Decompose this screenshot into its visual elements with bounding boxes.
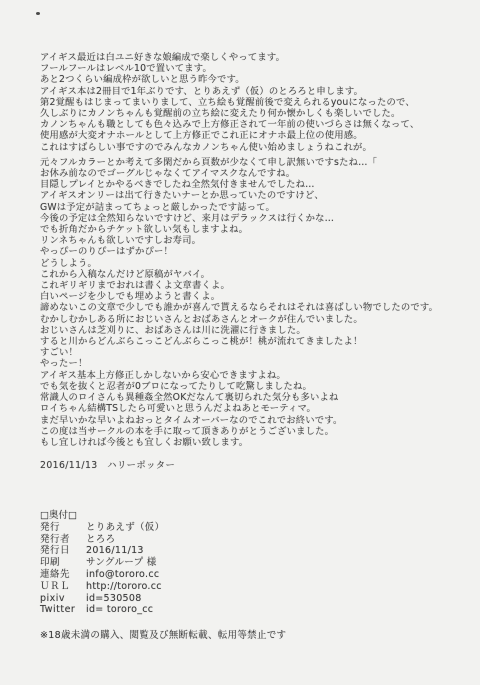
colophon-label: pixiv <box>40 593 86 605</box>
afterword-text-line: やっぴーのりぴーはずかぴー！ <box>40 246 472 257</box>
afterword-text-line: 常識人のロイさんも異種姦全然OKだなんて裏切られた気分も多いよね <box>40 392 472 403</box>
colophon-value: id=530508 <box>86 593 142 604</box>
afterword-text-line: これから入稿なんだけど原稿がヤバイ。 <box>40 269 472 280</box>
colophon-value: とろろ <box>86 534 115 545</box>
afterword-text-line: アイギス本は2冊目で1年ぶりです、とりあえず（仮）のとろろと申します。 <box>40 86 472 97</box>
age-restriction-notice: ※18歳未満の購入、閲覧及び無断転載、転用等禁止です <box>40 627 472 641</box>
colophon-row: Twitterid= tororo_cc <box>40 604 472 616</box>
colophon-value: とりあえず（仮） <box>86 522 164 533</box>
colophon-value: サングループ 様 <box>86 557 157 568</box>
colophon-row: ＵＲＬhttp://tororo.cc <box>40 581 472 593</box>
scanned-afterword-page: アイギス最近は白ユニ好きな娘編成で楽しくやってます。フールフールはレベル10で置… <box>0 0 480 685</box>
afterword-text-line: 目隠しプレイとかやるべきでしたね全然気付きませんでしたね… <box>40 179 472 190</box>
afterword-paragraph-2: 元々フルカラーとか考えて多閑だから頁数が少なくて申し訳無いですsたね…「お休み前… <box>40 157 472 448</box>
colophon-value: id= tororo_cc <box>86 604 153 615</box>
afterword-text-line: ロイちゃん結構TSしたら可愛いと思うんだよねあとモーティマ。 <box>40 403 472 414</box>
colophon-rows: 発行とりあえず（仮）発行者とろろ発行日2016/11/13印刷サングループ 様連… <box>40 522 472 616</box>
afterword-text-line: アイギス基本上方修正しかしないから安心できますよね。 <box>40 370 472 381</box>
afterword-text-line: すると川からどんぶらこっこどんぶらこっこ桃が！桃が流れてきましたよ！ <box>40 336 472 347</box>
afterword-text-line: アイギス最近は白ユニ好きな娘編成で楽しくやってます。 <box>40 52 472 63</box>
colophon-label: Twitter <box>40 604 86 616</box>
colophon-row: 印刷サングループ 様 <box>40 557 472 569</box>
afterword-text-line: 元々フルカラーとか考えて多閑だから頁数が少なくて申し訳無いですsたね…「 <box>40 157 472 168</box>
colophon-value: http://tororo.cc <box>86 581 162 592</box>
afterword-paragraph-1: アイギス最近は白ユニ好きな娘編成で楽しくやってます。フールフールはレベル10で置… <box>40 52 472 153</box>
afterword-text-line: 第2覚醒もはじまってまいりまして、立ち絵も覚醒前後で変えられるyouになったので… <box>40 97 472 108</box>
afterword-text-line: 使用感が大変オナホールとして上方修正でこれ正にオナホ最上位の使用感。 <box>40 130 472 141</box>
afterword-text-line: 今後の予定は全然知らないですけど、来月はデラックスは行くかな… <box>40 213 472 224</box>
colophon-row: 連絡先info@tororo.cc <box>40 569 472 581</box>
colophon-label: 発行者 <box>40 534 86 546</box>
afterword-text-line: これギリギリまでおれは書くよ文章書くよ。 <box>40 280 472 291</box>
afterword-text-line: もし宜しければ今後とも宜しくお願い致します。 <box>40 437 472 448</box>
colophon-block: □奥付□ 発行とりあえず（仮）発行者とろろ発行日2016/11/13印刷サングル… <box>40 510 472 641</box>
colophon-value: 2016/11/13 <box>86 545 144 556</box>
afterword-text-line: この度は当サークルの本を手に取って頂きありがとうございました。 <box>40 426 472 437</box>
afterword-text-line: あと2つくらい編成枠が欲しいと思う昨今です。 <box>40 74 472 85</box>
afterword-text-line: 諦めないこの文章で少しでも誰かが喜んで貰えるならそれはそれは喜ばしい物でしたので… <box>40 302 472 313</box>
colophon-label: 印刷 <box>40 557 86 569</box>
afterword-text-line: やったー！ <box>40 358 472 369</box>
afterword-text-line: アイギスオンリーは出て行きたいナーとか思っていたのですけど、 <box>40 190 472 201</box>
colophon-row: 発行とりあえず（仮） <box>40 522 472 534</box>
afterword-text-line: お休み前なのでゴーグルじゃなくてアイマスクなんですね。 <box>40 168 472 179</box>
afterword-text-line: まだ早いかな早いよねおっとタイムオーバーなのでこれでお終いです。 <box>40 415 472 426</box>
afterword-text-line: リンネちゃんも欲しいですしお寿司。 <box>40 235 472 246</box>
afterword-text-line: でも気を抜くと忍者が0ブロになってたりして吃驚しましたね。 <box>40 381 472 392</box>
colophon-title: □奥付□ <box>40 510 472 522</box>
afterword-text-line: むかしむかしある所におじいさんとおばあさんとオークが住んでいました。 <box>40 314 472 325</box>
afterword-text-line: カノンちゃんも職としても色々込みで上方修正されて一年前の使いづらさは無くなって、 <box>40 119 472 130</box>
afterword-text-block: アイギス最近は白ユニ好きな娘編成で楽しくやってます。フールフールはレベル10で置… <box>40 52 472 471</box>
afterword-text-line: これはすばらしい事ですのでみんなカノンちゃん使い始めましょうねこれが。 <box>40 142 472 153</box>
afterword-text-line: すごい！ <box>40 347 472 358</box>
scan-speck <box>36 12 40 15</box>
colophon-label: 発行日 <box>40 545 86 557</box>
colophon-row: pixivid=530508 <box>40 593 472 605</box>
afterword-text-line: どうしよう。 <box>40 258 472 269</box>
colophon-label: ＵＲＬ <box>40 581 86 593</box>
afterword-text-line: おじいさんは芝刈りに、おばあさんは川に洗濯に行きました。 <box>40 325 472 336</box>
colophon-label: 発行 <box>40 522 86 534</box>
colophon-value: info@tororo.cc <box>86 569 159 580</box>
colophon-label: 連絡先 <box>40 569 86 581</box>
colophon-row: 発行日2016/11/13 <box>40 545 472 557</box>
afterword-text-line: フールフールはレベル10で置いてます。 <box>40 63 472 74</box>
afterword-text-line: GWは予定が詰まってちょっと厳しかったです誌って。 <box>40 202 472 213</box>
afterword-text-line: でも折角だからチケット欲しい気もしますよね。 <box>40 224 472 235</box>
date-signature-line: 2016/11/13 ハリーポッター <box>40 460 472 471</box>
afterword-text-line: 久しぶりにカノンちゃんも覚醒前の立ち絵に変えたり何か懐かしくも楽しいでした。 <box>40 108 472 119</box>
afterword-text-line: 白いページを少しでも埋めようと書くよ。 <box>40 291 472 302</box>
colophon-row: 発行者とろろ <box>40 534 472 546</box>
